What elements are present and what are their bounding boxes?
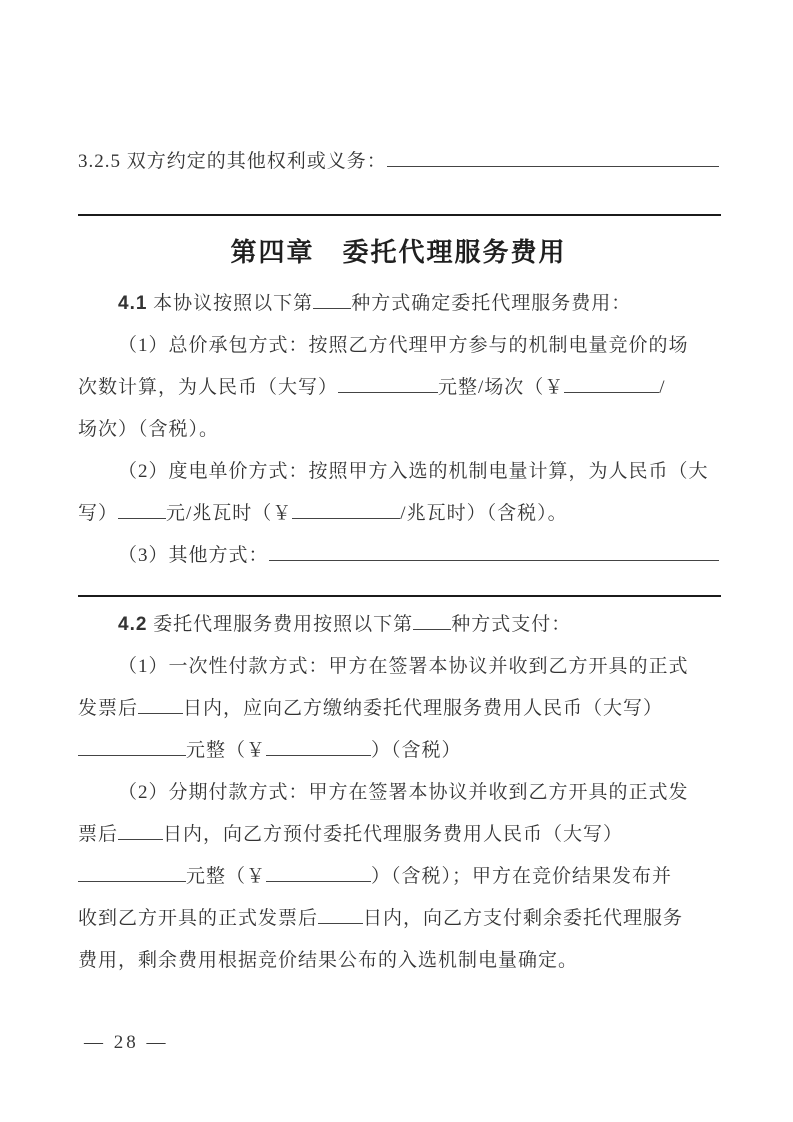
text-segment: 元整（￥ — [186, 735, 266, 762]
text-segment: 4.1 — [118, 293, 147, 315]
text-segment: 日内，向乙方预付委托代理服务费用人民币（大写） — [163, 819, 623, 846]
chapter-heading: 第四章 委托代理服务费用 — [78, 232, 719, 272]
text-segment: 费用，剩余费用根据竞价结果公布的入选机制电量确定。 — [78, 945, 578, 972]
blank-field — [292, 515, 400, 519]
clause-4-1-intro: 4.1 本协议按照以下第种方式确定委托代理服务费用： — [78, 288, 719, 330]
blank-field — [387, 163, 719, 167]
text-segment: 场次）（含税）。 — [78, 414, 219, 441]
clause-4-2-item2-line4: 收到乙方开具的正式发票后日内，向乙方支付剩余委托代理服务 — [78, 903, 719, 945]
clause-4-1-item2-line2: 写）元/兆瓦时（￥/兆瓦时）（含税）。 — [78, 498, 719, 540]
blank-field — [138, 710, 183, 714]
blank-field — [318, 920, 363, 924]
text-segment: 票后 — [78, 819, 118, 846]
text-segment: ）（含税）；甲方在竞价结果发布并 — [371, 861, 672, 888]
section-divider-middle — [78, 595, 721, 597]
text-segment: ）（含税） — [371, 735, 462, 762]
blank-field — [118, 515, 166, 519]
text-segment: 收到乙方开具的正式发票后 — [78, 903, 318, 930]
blank-field — [338, 389, 438, 393]
text-segment: 种方式确定委托代理服务费用： — [351, 288, 631, 315]
text-segment: （2）分期付款方式：甲方在签署本协议并收到乙方开具的正式发 — [118, 777, 689, 804]
text-segment: 元/兆瓦时（￥ — [166, 498, 292, 525]
blank-field — [266, 752, 371, 756]
section-4-2: 4.2 委托代理服务费用按照以下第种方式支付：（1）一次性付款方式：甲方在签署本… — [78, 609, 719, 987]
clause-4-2-item2-line1: （2）分期付款方式：甲方在签署本协议并收到乙方开具的正式发 — [78, 777, 719, 819]
blank-field — [266, 878, 371, 882]
blank-field — [78, 878, 186, 882]
clause-4-2-item1-line1: （1）一次性付款方式：甲方在签署本协议并收到乙方开具的正式 — [78, 651, 719, 693]
text-segment: （2）度电单价方式：按照甲方入选的机制电量计算，为人民币（大 — [118, 456, 709, 483]
text-segment: 种方式支付： — [451, 609, 571, 636]
clause-4-1-item2-line1: （2）度电单价方式：按照甲方入选的机制电量计算，为人民币（大 — [78, 456, 719, 498]
text-segment: 元整/场次（￥ — [438, 372, 564, 399]
clause-4-2-intro: 4.2 委托代理服务费用按照以下第种方式支付： — [78, 609, 719, 651]
section-divider-top — [78, 214, 721, 216]
text-segment: 3.2.5 双方约定的其他权利或义务： — [78, 146, 387, 173]
clause-4-2-item2-line5: 费用，剩余费用根据竞价结果公布的入选机制电量确定。 — [78, 945, 719, 987]
text-segment: （1）一次性付款方式：甲方在签署本协议并收到乙方开具的正式 — [118, 651, 689, 678]
clause-4-1-item1-line2: 次数计算，为人民币（大写）元整/场次（￥/ — [78, 372, 719, 414]
text-segment: 委托代理服务费用按照以下第 — [147, 609, 413, 636]
text-segment: 元整（￥ — [186, 861, 266, 888]
text-segment: 次数计算，为人民币（大写） — [78, 372, 338, 399]
text-segment: /兆瓦时）（含税）。 — [400, 498, 567, 525]
clause-3-2-5: 3.2.5 双方约定的其他权利或义务： — [78, 146, 719, 188]
clause-3-2-5-container: 3.2.5 双方约定的其他权利或义务： — [78, 146, 719, 188]
page-number: — 28 — — [84, 1032, 169, 1054]
text-segment: / — [659, 377, 665, 399]
clause-4-1-item3: （3）其他方式： — [78, 540, 719, 582]
clause-4-2-item2-line2: 票后日内，向乙方预付委托代理服务费用人民币（大写） — [78, 819, 719, 861]
blank-field — [78, 752, 186, 756]
text-segment: （3）其他方式： — [118, 540, 269, 567]
text-segment: 日内，应向乙方缴纳委托代理服务费用人民币（大写） — [183, 693, 663, 720]
blank-field — [413, 626, 451, 630]
text-segment: 写） — [78, 498, 118, 525]
text-segment: 日内，向乙方支付剩余委托代理服务 — [363, 903, 683, 930]
clause-4-2-item2-line3: 元整（￥）（含税）；甲方在竞价结果发布并 — [78, 861, 719, 903]
clause-4-2-item1-line2: 发票后日内，应向乙方缴纳委托代理服务费用人民币（大写） — [78, 693, 719, 735]
text-segment: 发票后 — [78, 693, 138, 720]
clause-4-2-item1-line3: 元整（￥）（含税） — [78, 735, 719, 777]
text-segment: （1）总价承包方式：按照乙方代理甲方参与的机制电量竞价的场 — [118, 330, 689, 357]
clause-4-1-item1-line3: 场次）（含税）。 — [78, 414, 719, 456]
blank-field — [269, 557, 719, 561]
blank-field — [313, 305, 351, 309]
document-page: 3.2.5 双方约定的其他权利或义务： 第四章 委托代理服务费用 4.1 本协议… — [78, 146, 719, 987]
clause-4-1-item1-line1: （1）总价承包方式：按照乙方代理甲方参与的机制电量竞价的场 — [78, 330, 719, 372]
text-segment: 4.2 — [118, 614, 147, 636]
blank-field — [118, 836, 163, 840]
text-segment: 本协议按照以下第 — [147, 288, 313, 315]
section-4-1: 4.1 本协议按照以下第种方式确定委托代理服务费用：（1）总价承包方式：按照乙方… — [78, 288, 719, 582]
blank-field — [564, 389, 659, 393]
